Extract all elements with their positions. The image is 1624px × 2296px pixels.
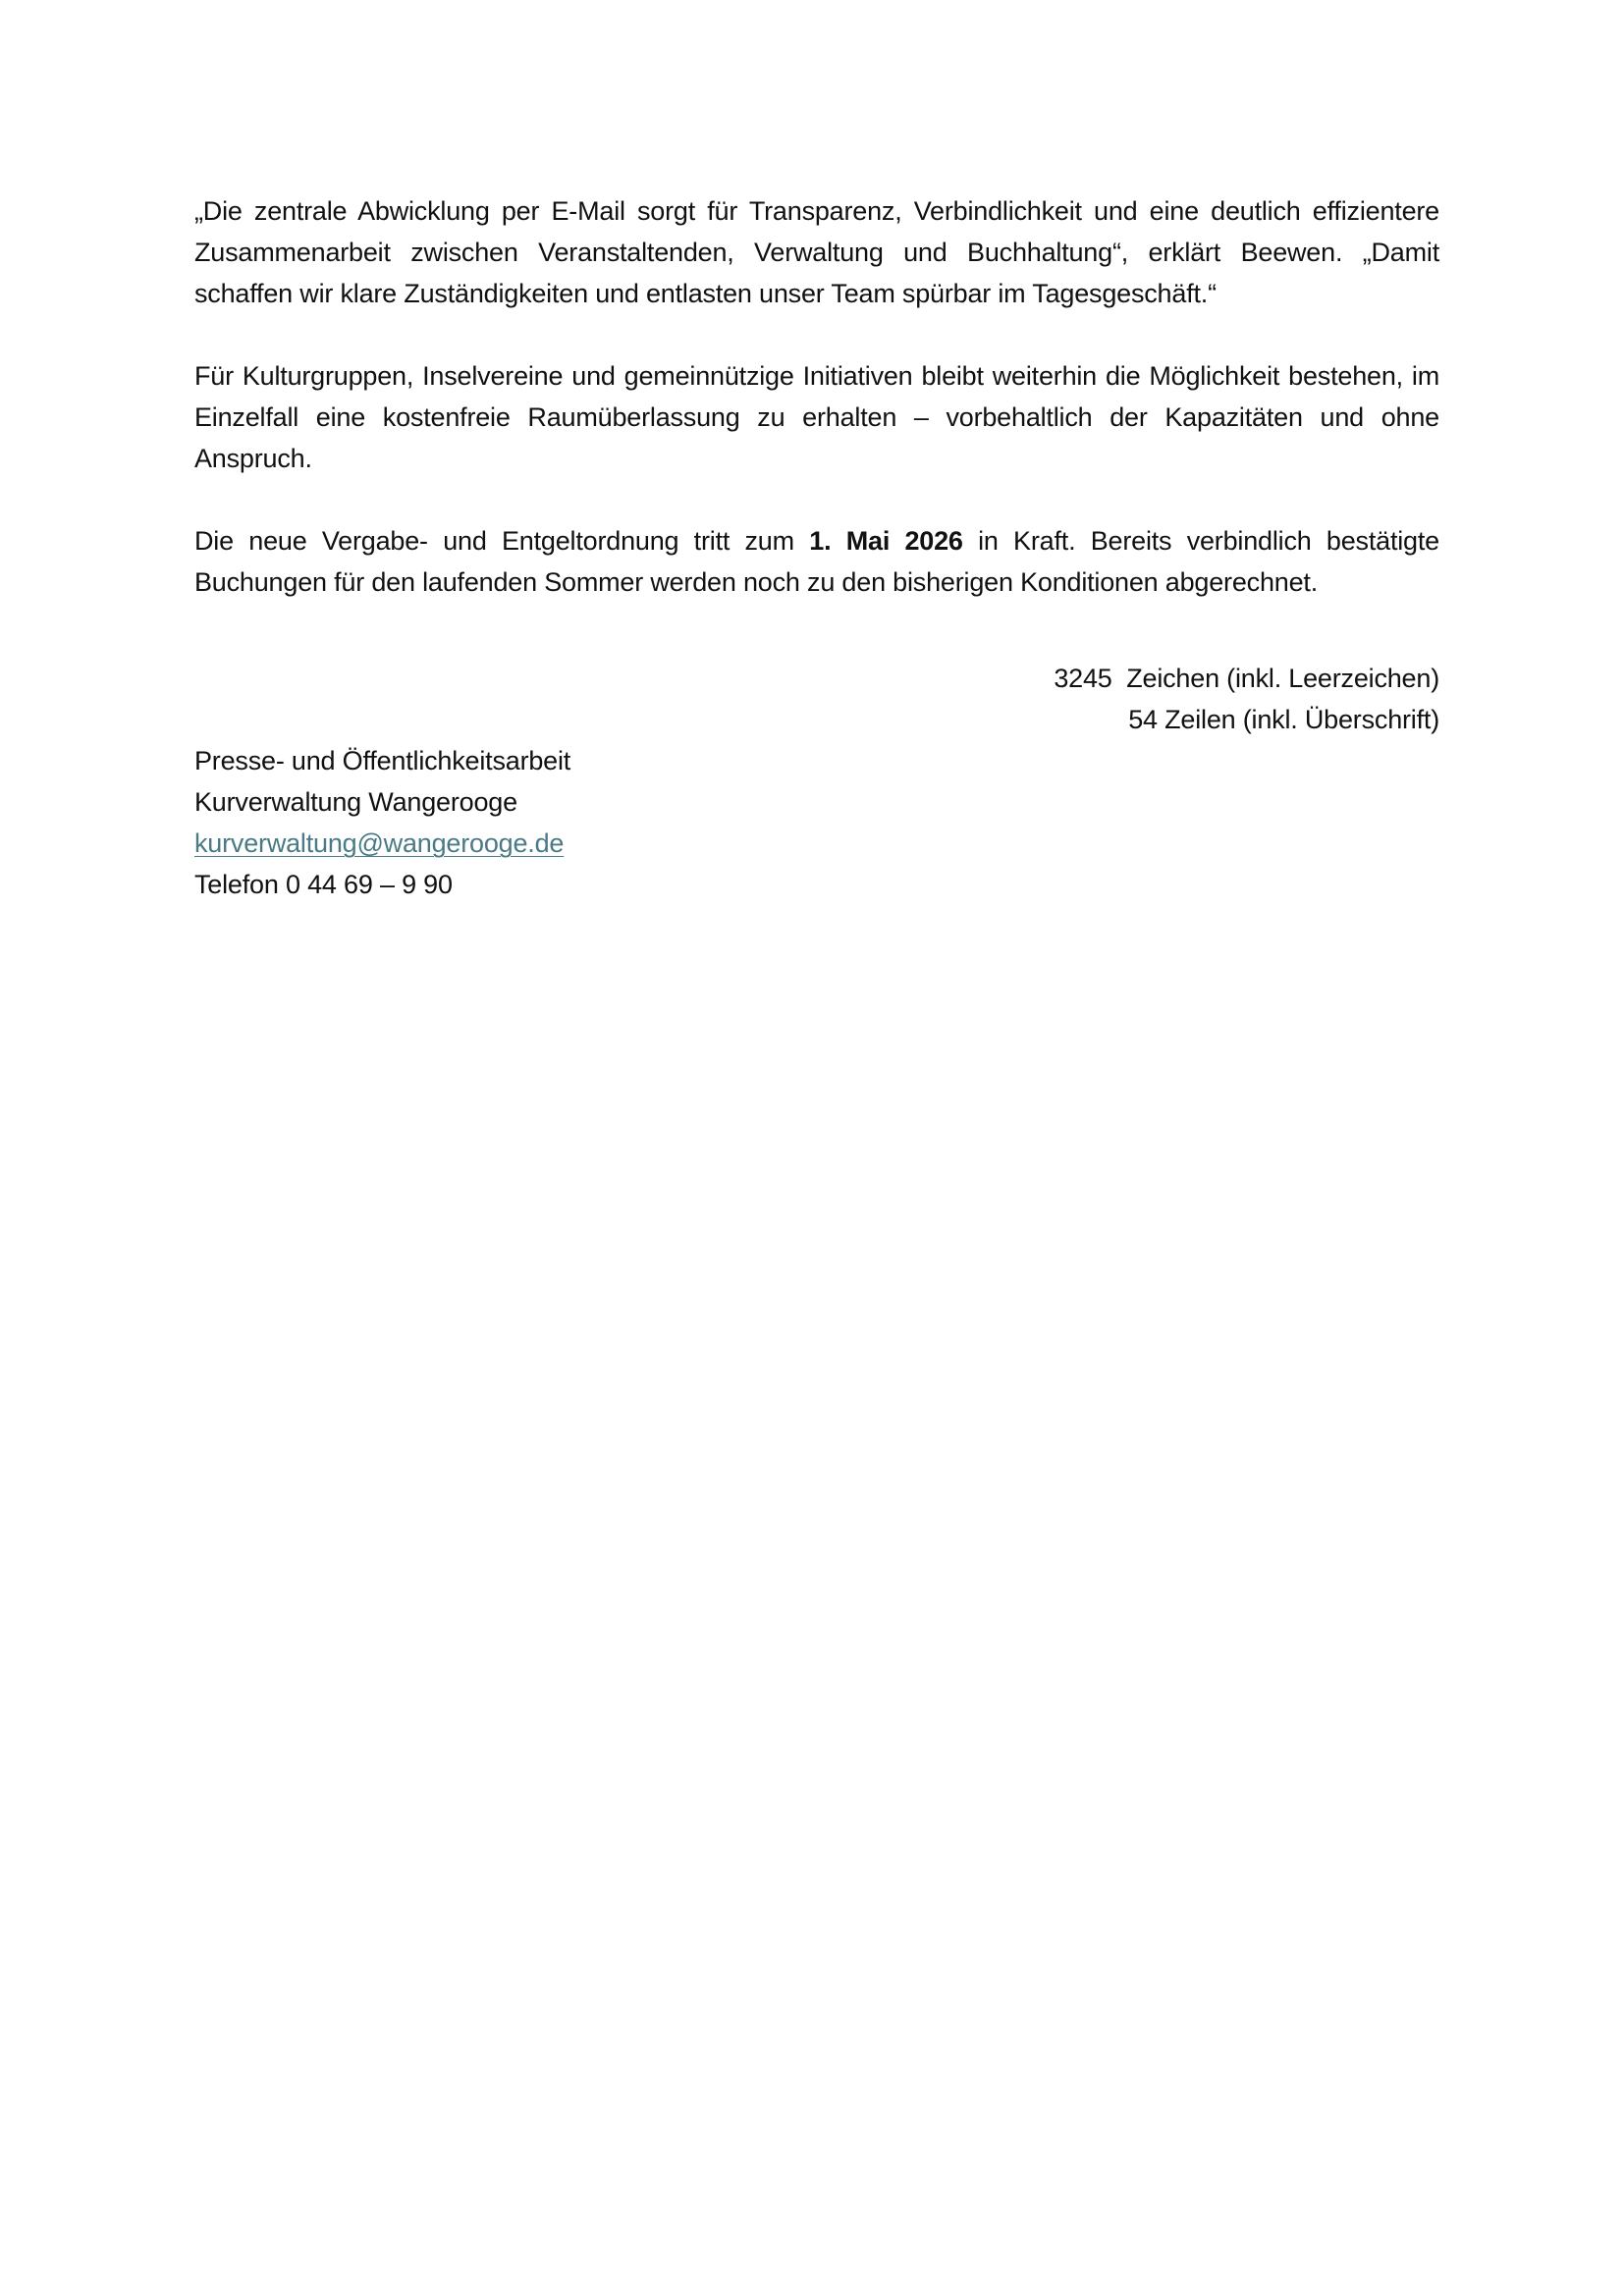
free-room-paragraph: Für Kulturgruppen, Inselvereine und geme… [194,355,1439,479]
document-page: „Die zentrale Abwicklung per E-Mail sorg… [194,190,1439,905]
line-count: 54 Zeilen (inkl. Überschrift) [194,699,1439,740]
contact-email-link[interactable]: kurverwaltung@wangerooge.de [194,828,564,858]
text-statistics: 3245 Zeichen (inkl. Leerzeichen) 54 Zeil… [194,658,1439,740]
contact-block: Presse- und Öffentlichkeitsarbeit Kurver… [194,740,1439,905]
contact-department: Presse- und Öffentlichkeitsarbeit [194,740,1439,781]
effective-date-paragraph: Die neue Vergabe- und Entgeltordnung tri… [194,520,1439,603]
contact-organization: Kurverwaltung Wangerooge [194,781,1439,823]
character-count: 3245 Zeichen (inkl. Leerzeichen) [194,658,1439,699]
effective-date-text-before: Die neue Vergabe- und Entgeltordnung tri… [194,526,809,556]
contact-phone: Telefon 0 44 69 – 9 90 [194,864,1439,905]
quote-paragraph: „Die zentrale Abwicklung per E-Mail sorg… [194,190,1439,314]
effective-date: 1. Mai 2026 [809,526,962,556]
